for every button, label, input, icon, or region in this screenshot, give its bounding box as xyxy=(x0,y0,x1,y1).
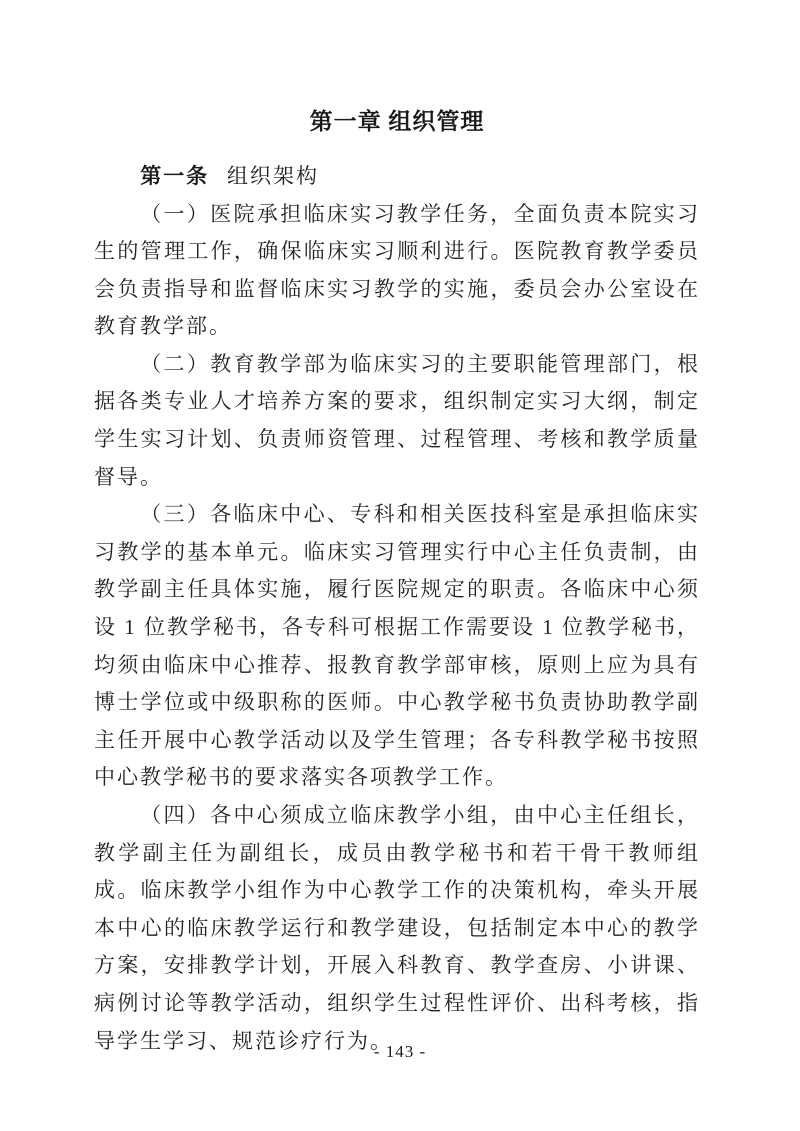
body-paragraph: （二）教育教学部为临床实习的主要职能管理部门，根据各类专业人才培养方案的要求，组… xyxy=(94,346,700,496)
document-body: （一）医院承担临床实习教学任务，全面负责本院实习生的管理工作，确保临床实习顺利进… xyxy=(94,196,700,1061)
article-number: 第一条 xyxy=(140,164,209,188)
article-title: 组织架构 xyxy=(227,164,319,188)
article-heading: 第一条组织架构 xyxy=(94,158,700,196)
body-paragraph: （三）各临床中心、专科和相关医技科室是承担临床实习教学的基本单元。临床实习管理实… xyxy=(94,496,700,797)
page-footer: - 143 - xyxy=(0,1042,800,1062)
body-paragraph: （四）各中心须成立临床教学小组，由中心主任组长，教学副主任为副组长，成员由教学秘… xyxy=(94,797,700,1060)
page-number: - 143 - xyxy=(374,1042,426,1061)
chapter-title: 第一章 组织管理 xyxy=(94,104,700,140)
document-page: 第一章 组织管理 第一条组织架构 （一）医院承担临床实习教学任务，全面负责本院实… xyxy=(0,0,800,1131)
body-paragraph: （一）医院承担临床实习教学任务，全面负责本院实习生的管理工作，确保临床实习顺利进… xyxy=(94,196,700,346)
